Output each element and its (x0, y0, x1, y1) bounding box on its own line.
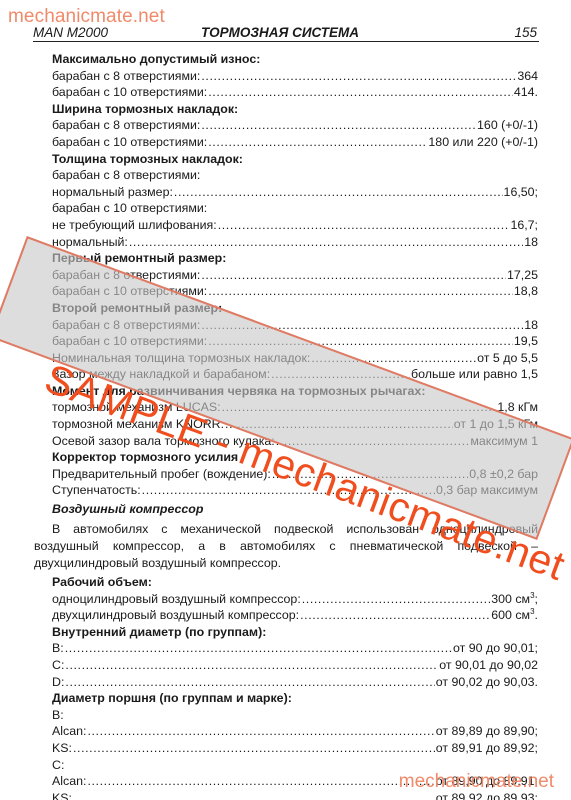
spec-row: барабан с 8 отверстиями:364 (52, 68, 538, 85)
spec-value-text: 364 (517, 69, 538, 83)
spec-label: барабан с 10 отверстиями: (52, 134, 207, 151)
spec-group-label: B: (52, 707, 538, 724)
section-heading: Момент для развинчивания червяка на торм… (52, 383, 538, 400)
spec-row: KS:от 89,91 до 89,92; (52, 740, 538, 757)
spec-label: Номинальная толщина тормозных накладок: (52, 350, 310, 367)
dot-leader (201, 68, 516, 85)
spec-value-text: от 5 до 5,5 (477, 351, 538, 365)
dot-leader (302, 591, 490, 608)
spec-value: от 90 до 90,01; (453, 640, 538, 657)
spec-value-text: от 89,89 до 89,90; (436, 724, 538, 738)
dot-leader (300, 607, 490, 624)
spec-label: Предварительный пробег (вождение): (52, 466, 271, 483)
section-heading: Второй ремонтный размер: (52, 300, 538, 317)
spec-value-text: больше или равно 1,5 (411, 367, 538, 381)
spec-value-text: 0,8 ±0,2 бар (469, 467, 538, 481)
spec-row: Предварительный пробег (вождение):0,8 ±0… (52, 466, 538, 483)
spec-value-text: 1,8 кГм (497, 400, 538, 414)
watermark-bottom: mechanicmate.net (399, 771, 554, 793)
spec-value-text: 18,8 (514, 284, 538, 298)
dot-leader (65, 657, 438, 674)
dot-leader (272, 466, 468, 483)
section-heading: Ширина тормозных накладок: (52, 101, 538, 118)
spec-value: 600 см3. (491, 607, 538, 624)
spec-value: 18 (524, 317, 538, 334)
spec-row: одноцилиндровый воздушный компрессор:300… (52, 591, 538, 608)
spec-label: барабан с 8 отверстиями: (52, 117, 200, 134)
dot-leader (208, 84, 513, 101)
spec-value: 300 см3; (491, 591, 538, 608)
superscript: 3 (530, 591, 534, 600)
spec-row: барабан с 10 отверстиями:18,8 (52, 283, 538, 300)
spec-value: от 1 до 1,5 кГм (454, 416, 538, 433)
spec-label: тормозной механизм KNORR: (52, 416, 224, 433)
section-heading: Рабочий объем: (52, 574, 538, 591)
spec-value: 364 (517, 68, 538, 85)
spec-value-text: 18 (524, 318, 538, 332)
spec-value-text: 160 (+0/-1) (477, 118, 538, 132)
spec-row: Номинальная толщина тормозных накладок:о… (52, 350, 538, 367)
spec-row: C:от 90,01 до 90,02 (52, 657, 538, 674)
page-number: 155 (514, 25, 537, 40)
spec-value-text: 300 см (491, 592, 530, 606)
spec-label: D: (52, 674, 64, 691)
spec-value: 18,8 (514, 283, 538, 300)
spec-value: 414. (514, 84, 538, 101)
spec-label: нормальный размер: (52, 184, 173, 201)
spec-value-text: 0,3 бар максимум (436, 483, 538, 497)
section-title: ТОРМОЗНАЯ СИСТЕМА (201, 25, 359, 40)
section-heading: Максимально допустимый износ: (52, 51, 538, 68)
spec-value-text: 18 (524, 235, 538, 249)
dot-leader (201, 117, 476, 134)
spec-row: барабан с 8 отверстиями:17,25 (52, 267, 538, 284)
section-heading: Первый ремонтный размер: (52, 250, 538, 267)
spec-value: 0,3 бар максимум (436, 482, 538, 499)
spec-value: от 90,01 до 90,02 (439, 657, 538, 674)
spec-value-text: 180 или 220 (+0/-1) (428, 135, 538, 149)
spec-row: барабан с 10 отверстиями:180 или 220 (+0… (52, 134, 538, 151)
vehicle-model: MAN M2000 (33, 25, 108, 40)
spec-group-label: барабан с 8 отверстиями: (52, 167, 538, 184)
dot-leader (65, 640, 452, 657)
dot-leader (201, 317, 523, 334)
spec-label: нормальный: (52, 234, 128, 251)
spec-value: 18 (524, 234, 538, 251)
dot-leader (311, 350, 476, 367)
dot-leader (222, 399, 497, 416)
spec-value: 19,5 (514, 333, 538, 350)
dot-leader (201, 267, 506, 284)
spec-value-text: от 90,02 до 90,03. (436, 675, 538, 689)
spec-value: максимум 1 (470, 433, 538, 450)
spec-label: Ступенчатость: (52, 482, 141, 499)
spec-value-text: 600 см (491, 608, 530, 622)
spec-row: не требующий шлифования:16,7; (52, 217, 538, 234)
section-heading: Внутренний диаметр (по группам): (52, 624, 538, 641)
dot-leader (208, 333, 513, 350)
spec-label: тормозной механизм LUCAS: (52, 399, 221, 416)
dot-leader (65, 674, 434, 691)
spec-label: барабан с 8 отверстиями: (52, 267, 200, 284)
spec-label: C: (52, 657, 64, 674)
description-paragraph: В автомобилях с механической подвеской и… (34, 521, 538, 572)
spec-row: Осевой зазор вала тормозного кулака:макс… (52, 433, 538, 450)
spec-value: 16,50; (504, 184, 538, 201)
spec-label: KS: (52, 740, 72, 757)
spec-label: Alcan: (52, 773, 86, 790)
spec-value-text: от 89,91 до 89,92; (436, 741, 538, 755)
spec-value-text: максимум 1 (470, 434, 538, 448)
spec-label: Осевой зазор вала тормозного кулака: (52, 433, 275, 450)
dot-leader (276, 433, 470, 450)
section-heading: Диаметр поршня (по группам и марке): (52, 690, 538, 707)
spec-value-text: 414. (514, 85, 538, 99)
spec-group-label: барабан с 10 отверстиями: (52, 200, 538, 217)
spec-row: Alcan:от 89,89 до 89,90; (52, 723, 538, 740)
spec-row: D:от 90,02 до 90,03. (52, 674, 538, 691)
spec-value: от 89,89 до 89,90; (436, 723, 538, 740)
spec-label: барабан с 10 отверстиями: (52, 283, 207, 300)
dot-leader (208, 283, 513, 300)
spec-value: 180 или 220 (+0/-1) (428, 134, 538, 151)
spec-content: Максимально допустимый износ:барабан с 8… (52, 51, 538, 800)
spec-label: барабан с 8 отверстиями: (52, 317, 200, 334)
dot-leader (87, 773, 434, 790)
spec-value-text: от 90 до 90,01; (453, 641, 538, 655)
dot-leader (225, 416, 453, 433)
dot-leader (87, 723, 434, 740)
dot-leader (73, 790, 435, 800)
spec-row: нормальный:18 (52, 234, 538, 251)
spec-label: барабан с 8 отверстиями: (52, 68, 200, 85)
spec-value: 160 (+0/-1) (477, 117, 538, 134)
spec-row: Ступенчатость:0,3 бар максимум (52, 482, 538, 499)
section-heading: Толщина тормозных накладок: (52, 151, 538, 168)
spec-value-text: 17,25 (507, 268, 538, 282)
spec-value: 0,8 ±0,2 бар (469, 466, 538, 483)
spec-row: барабан с 8 отверстиями:160 (+0/-1) (52, 117, 538, 134)
spec-value: 17,25 (507, 267, 538, 284)
spec-row: барабан с 8 отверстиями:18 (52, 317, 538, 334)
spec-label: Зазор между накладкой и барабаном: (52, 366, 270, 383)
spec-label: B: (52, 640, 64, 657)
spec-value-text: от 90,01 до 90,02 (439, 658, 538, 672)
dot-leader (271, 366, 410, 383)
spec-value: от 89,91 до 89,92; (436, 740, 538, 757)
spec-label: Alcan: (52, 723, 86, 740)
spec-row: барабан с 10 отверстиями:414. (52, 84, 538, 101)
spec-value: от 90,02 до 90,03. (436, 674, 538, 691)
spec-value: больше или равно 1,5 (411, 366, 538, 383)
dot-leader (208, 134, 427, 151)
spec-label: KS: (52, 790, 72, 800)
section-heading: Корректор тормозного усилия (52, 449, 538, 466)
dot-leader (142, 482, 435, 499)
spec-value-text: от 1 до 1,5 кГм (454, 417, 538, 431)
subsection-heading: Воздушный компрессор (52, 500, 538, 518)
spec-row: Зазор между накладкой и барабаном:больше… (52, 366, 538, 383)
spec-value-text: 16,7; (510, 218, 538, 232)
spec-value: от 5 до 5,5 (477, 350, 538, 367)
spec-value: 16,7; (510, 217, 538, 234)
dot-leader (129, 234, 523, 251)
spec-row: тормозной механизм KNORR:от 1 до 1,5 кГм (52, 416, 538, 433)
spec-row: нормальный размер:16,50; (52, 184, 538, 201)
spec-row: тормозной механизм LUCAS:1,8 кГм (52, 399, 538, 416)
dot-leader (73, 740, 435, 757)
spec-row: двухцилиндровый воздушный компрессор:600… (52, 607, 538, 624)
spec-label: одноцилиндровый воздушный компрессор: (52, 591, 301, 608)
spec-row: B:от 90 до 90,01; (52, 640, 538, 657)
page-header: MAN M2000 ТОРМОЗНАЯ СИСТЕМА 155 (33, 25, 539, 42)
spec-label: барабан с 10 отверстиями: (52, 84, 207, 101)
dot-leader (218, 217, 510, 234)
spec-value-text: 16,50; (504, 185, 538, 199)
spec-value: 1,8 кГм (497, 399, 538, 416)
dot-leader (174, 184, 503, 201)
spec-row: барабан с 10 отверстиями:19,5 (52, 333, 538, 350)
spec-label: барабан с 10 отверстиями: (52, 333, 207, 350)
spec-value-text: 19,5 (514, 334, 538, 348)
spec-label: не требующий шлифования: (52, 217, 217, 234)
superscript: 3 (530, 607, 534, 616)
spec-label: двухцилиндровый воздушный компрессор: (52, 607, 299, 624)
